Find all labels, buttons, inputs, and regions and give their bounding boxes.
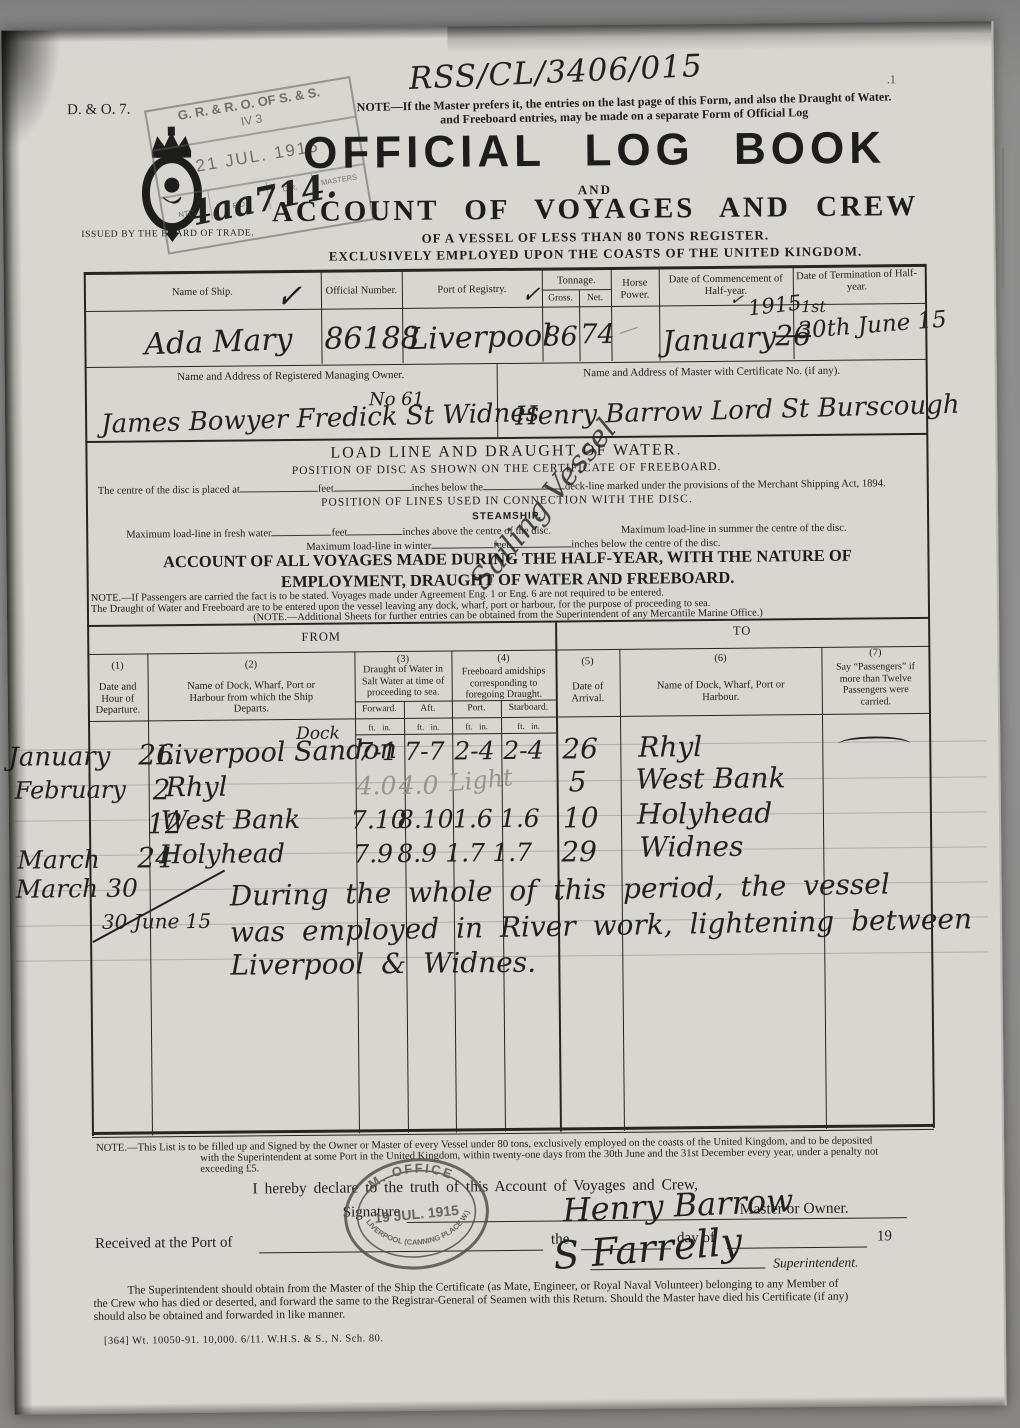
voyage-3-arrival: 29 <box>561 835 597 868</box>
starboard-label: Starboard. <box>501 703 556 715</box>
received-label: Received at the Port of <box>95 1235 233 1253</box>
voyage-1-arrival: 5 <box>568 765 586 798</box>
master-value: Henry Barrow Lord St Burscough <box>515 390 960 432</box>
voyage-0-from-super: Dock <box>296 724 340 744</box>
tick-mark: ✓ <box>274 273 304 321</box>
voyage-2-to: Holyhead <box>637 796 773 830</box>
period-line3: Liverpool & Widnes. <box>230 946 536 982</box>
col-header-tonnage: Tonnage. <box>542 275 611 287</box>
period-date-top: March 30 <box>15 874 138 904</box>
nineteen-label: 19 <box>877 1228 892 1245</box>
col4-number: (4) <box>451 653 555 665</box>
voyage-0-passengers-dash <box>838 736 910 752</box>
unit-ft-in: ft. in. <box>452 721 501 733</box>
under-page-edge-line <box>1002 148 1004 288</box>
col-header-gross: Gross. <box>542 293 579 305</box>
tonnage-sub-line <box>542 289 611 291</box>
blank-feet <box>240 481 318 493</box>
col6-label: Name of Dock, Wharf, Port or Harbour. <box>640 679 802 704</box>
col2-number: (2) <box>147 658 354 671</box>
voyage-2-arrival: 10 <box>563 801 599 834</box>
horse-power-value: — <box>615 314 642 343</box>
fresh-pre: Maximum load-line in fresh water <box>126 528 271 540</box>
unit-ft-in: ft. in. <box>501 721 556 733</box>
col1-label: Date and Hour of Departure. <box>91 681 145 716</box>
port-value: Liverpool <box>408 318 552 357</box>
superintendent-label: Superintendent. <box>773 1255 858 1272</box>
voyage-0-port: 2-4 <box>454 736 495 765</box>
voyage-2-aft: 8.10 <box>398 804 454 834</box>
voyage-3-month: March <box>17 845 100 875</box>
subtitle: ACCOUNT OF VOYAGES AND CREW <box>245 190 945 230</box>
feet-label: feet <box>318 484 334 495</box>
blank <box>271 525 331 537</box>
col-header-horse-power: Horse Power. <box>611 277 659 300</box>
office-stamp-date: 19 JUL. 1915 <box>374 1202 460 1226</box>
blank-inches <box>334 480 412 492</box>
owner-value: James Bowyer Fredick St Widnes <box>101 398 540 440</box>
form-code: D. & O. 7. <box>67 102 131 120</box>
master-label: Name and Address of Master with Certific… <box>497 365 927 381</box>
gross-tonnage-value: 86 <box>543 321 578 352</box>
col5-number: (5) <box>555 656 619 668</box>
period-date-bottom: 30 June 15 <box>102 909 211 934</box>
col6-number: (6) <box>619 652 821 665</box>
voyage-1-fwd: 4.0 <box>357 771 397 800</box>
paper-sheet: RSS/CL/3406/015 .1 D. & O. 7. NOTE—If th… <box>1 21 1006 1414</box>
voyage-1-from: Rhyl <box>166 772 228 804</box>
voyage-2-stbd: 1.6 <box>500 804 540 833</box>
unit-ft-in: ft. in. <box>355 722 404 734</box>
voyage-1-to: West Bank <box>635 761 785 795</box>
aft-label: Aft. <box>404 703 452 715</box>
commencement-above2: 1st <box>801 297 826 316</box>
voyage-3-port: 1.7 <box>445 838 485 867</box>
tick-mark: ✓ <box>729 289 745 310</box>
voyage-1-light-note: Light <box>447 763 513 797</box>
owner-label: Name and Address of Registered Managing … <box>85 369 497 384</box>
disc-centre-pre: The centre of the disc is placed at <box>98 485 240 497</box>
voyage-3-stbd: 1.7 <box>492 838 532 867</box>
voyage-3-to: Widnes <box>639 830 743 864</box>
forward-label: Forward. <box>355 704 404 716</box>
voyage-3-aft: 8.9 <box>397 839 437 868</box>
voyage-0-stbd: 2-4 <box>503 736 544 765</box>
voyage-3-from: Holyhead <box>159 839 285 870</box>
voyage-0-arrival: 26 <box>562 732 598 765</box>
voyage-2-from: West Bank <box>161 805 300 836</box>
net-tonnage-value: 74 <box>580 319 615 350</box>
disc-centre-mid: inches below the <box>412 482 483 494</box>
voyage-1-aft: 4.0 <box>399 771 439 800</box>
voyage-1-month: February <box>15 776 126 805</box>
voyage-0-aft: 7-7 <box>404 737 445 766</box>
commencement-above: 1915 <box>747 290 803 320</box>
col-header-termination: Date of Termination of Half-year. <box>795 268 920 294</box>
ship-name-value: Ada Mary <box>144 322 293 362</box>
col1-number: (1) <box>87 660 147 672</box>
col5-label: Date of Arrival. <box>560 681 616 705</box>
tick-mark: ✓ <box>520 277 542 311</box>
footer-note-line3: exceeding £5. <box>200 1163 259 1175</box>
blank <box>431 537 493 549</box>
blank <box>347 524 402 536</box>
from-heading: FROM <box>87 628 555 647</box>
superintendent-para-line3: should also be obtained and forwarded in… <box>94 1308 346 1323</box>
summer-clause: Maximum load-line in summer the centre o… <box>621 523 847 536</box>
print-reference: [364] Wt. 10050-91. 10,000. 6/11. W.H.S.… <box>104 1333 384 1347</box>
page-number: .1 <box>887 72 896 87</box>
col-header-net: Net. <box>579 293 611 305</box>
col4-label: Freeboard amidships corresponding to for… <box>456 666 552 701</box>
year-blank-line <box>727 1247 867 1249</box>
official-number-value: 86188 <box>324 321 420 357</box>
port-label: Port. <box>452 703 501 715</box>
voyage-3-fwd: 7.9 <box>353 839 393 868</box>
reference-number: RSS/CL/3406/015 <box>408 48 703 97</box>
voy-col-line <box>147 653 153 1135</box>
commencement-month: January <box>662 319 777 358</box>
scanned-log-book-page: { "colors":{"paper":"#d7d6d1","ink":"#21… <box>0 0 1020 1428</box>
voyage-2-port: 1.6 <box>453 804 493 833</box>
col-header-official-number: Official Number. <box>321 285 402 297</box>
paper-corner-shadow <box>1 30 62 151</box>
col-header-port: Port of Registry. <box>402 284 542 297</box>
col7-label: Say “Passengers” if more than Twelve Pas… <box>827 661 923 708</box>
to-heading: TO <box>555 622 929 641</box>
main-title: OFFICIAL LOG BOOK <box>284 123 904 180</box>
paper-top-edge-dark <box>447 21 992 52</box>
voyage-0-to: Rhyl <box>638 730 702 764</box>
page-content: RSS/CL/3406/015 .1 D. & O. 7. NOTE—If th… <box>0 0 1020 1428</box>
col3-label: Draught of Water in Salt Water at time o… <box>357 664 448 699</box>
col2-label: Name of Dock, Wharf, Port or Harbour fro… <box>173 680 330 716</box>
mercantile-marine-office-stamp: M. OFFICE 19 JUL. 1915 LIVERPOOL (CANNIN… <box>335 1148 498 1285</box>
col7-number: (7) <box>821 647 929 660</box>
feet-label: feet <box>331 527 347 538</box>
disc-centre-post: deck-line marked under the provisions of… <box>565 478 886 492</box>
unit-ft-in: ft. in. <box>404 721 452 733</box>
voyage-0-fwd: 7-1 <box>357 737 398 766</box>
